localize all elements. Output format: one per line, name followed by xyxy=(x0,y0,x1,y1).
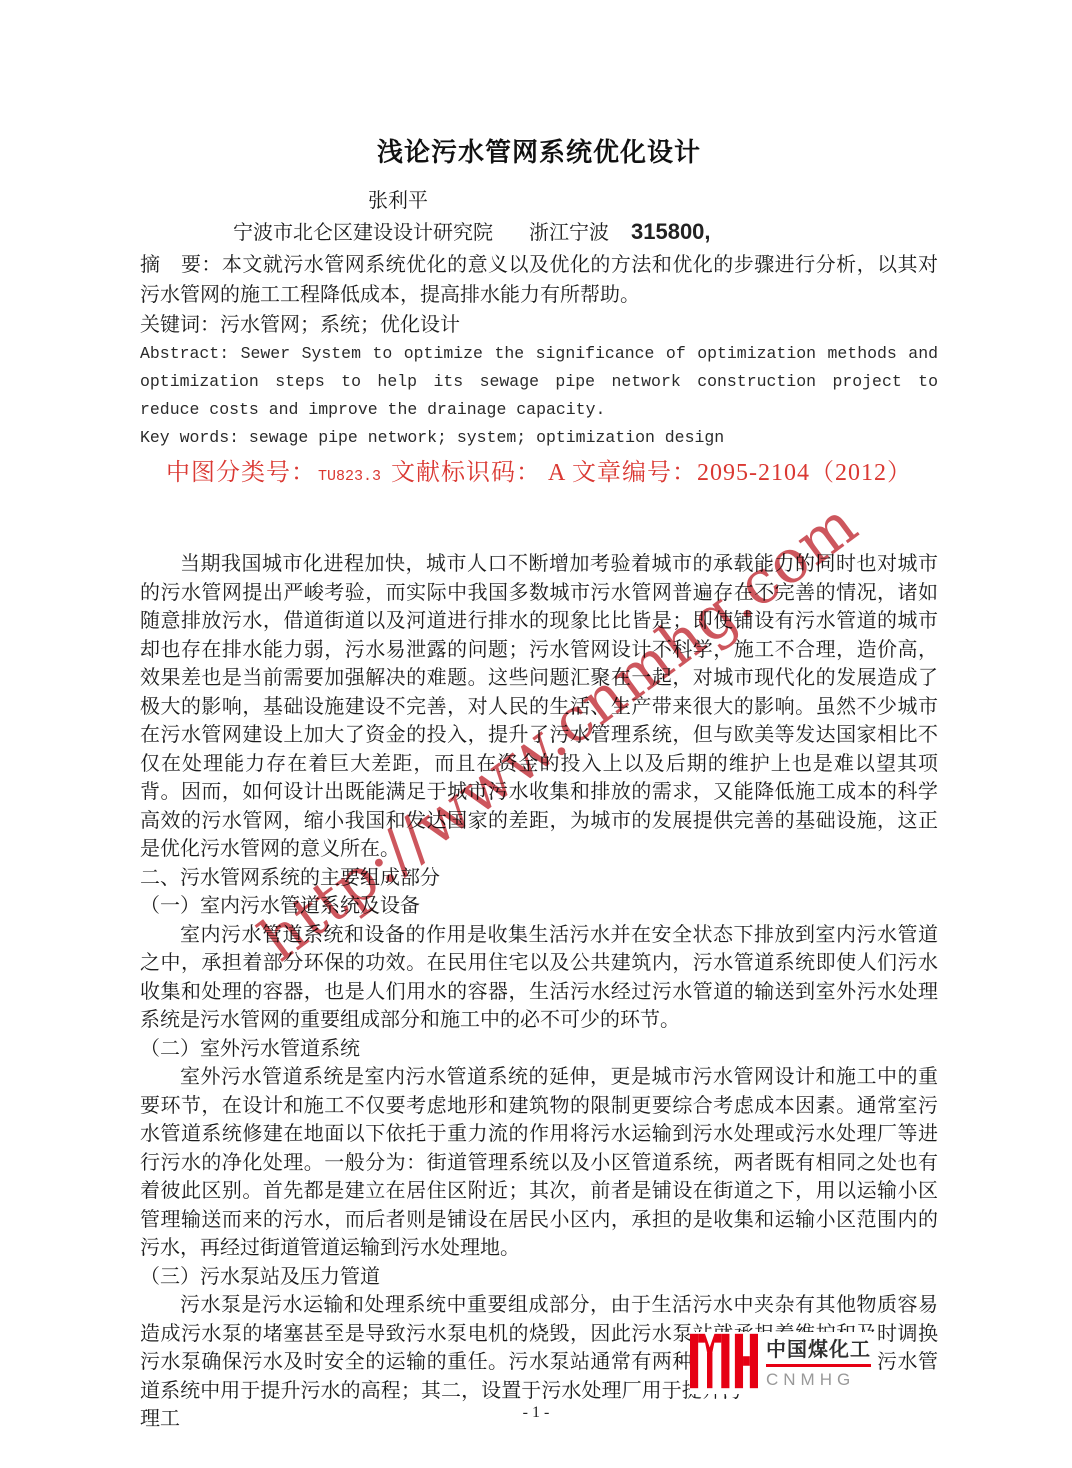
paper-content: 浅论污水管网系统优化设计 张利平 宁波市北仑区建设设计研究院浙江宁波315800… xyxy=(140,0,938,1434)
abstract-en: Abstract: Sewer System to optimize the s… xyxy=(140,340,938,424)
subsection-heading: （一）室内污水管道系统及设备 xyxy=(140,892,938,921)
text-gap xyxy=(742,1396,938,1397)
cnmhg-logo: 中国煤化工 CNMHG xyxy=(690,1332,876,1394)
doc-code: 文献标识码： A 文章编号：2095-2104（2012） xyxy=(391,460,912,486)
keywords-zh: 关键词：污水管网；系统；优化设计 xyxy=(140,310,938,340)
cnmhg-monogram-icon xyxy=(690,1332,758,1390)
affiliation: 宁波市北仑区建设设计研究院 xyxy=(233,222,493,244)
keywords-en: Key words: sewage pipe network; system; … xyxy=(140,424,938,452)
body-paragraph: 室外污水管道系统是室内污水管道系统的延伸，更是城市污水管网设计和施工中的重要环节… xyxy=(140,1063,938,1263)
clc-code: TU823.3 xyxy=(318,468,381,485)
section-heading: 二、污水管网系统的主要组成部分 xyxy=(140,864,938,893)
affiliation-line: 宁波市北仑区建设设计研究院浙江宁波315800, xyxy=(140,219,938,246)
author-name: 张利平 xyxy=(140,189,938,213)
classification-line: 中图分类号：TU823.3文献标识码： A 文章编号：2095-2104（201… xyxy=(140,454,938,496)
article-body: 当期我国城市化进程加快，城市人口不断增加考验着城市的承载能力的同时也对城市的污水… xyxy=(140,550,938,1434)
body-paragraph: 当期我国城市化进程加快，城市人口不断增加考验着城市的承载能力的同时也对城市的污水… xyxy=(140,550,938,864)
logo-name-en: CNMHG xyxy=(766,1370,871,1390)
postal-code: 315800, xyxy=(631,219,711,244)
body-paragraph: 室内污水管道系统和设备的作用是收集生活污水并在安全状态下排放到室内污水管道之中，… xyxy=(140,921,938,1035)
subsection-heading: （三）污水泵站及压力管道 xyxy=(140,1263,938,1292)
page-title: 浅论污水管网系统优化设计 xyxy=(140,0,938,169)
logo-name-cn: 中国煤化工 xyxy=(766,1333,871,1367)
page-number: - 1 - xyxy=(0,1404,1072,1422)
abstract-zh: 摘 要：本文就污水管网系统优化的意义以及优化的方法和优化的步骤进行分析，以其对污… xyxy=(140,250,938,310)
clc-label: 中图分类号： xyxy=(166,460,316,486)
logo-text-column: 中国煤化工 CNMHG xyxy=(766,1332,871,1390)
paper-page: 浅论污水管网系统优化设计 张利平 宁波市北仑区建设设计研究院浙江宁波315800… xyxy=(0,0,1072,1468)
affiliation-region: 浙江宁波 xyxy=(529,222,609,244)
subsection-heading: （二）室外污水管道系统 xyxy=(140,1035,938,1064)
